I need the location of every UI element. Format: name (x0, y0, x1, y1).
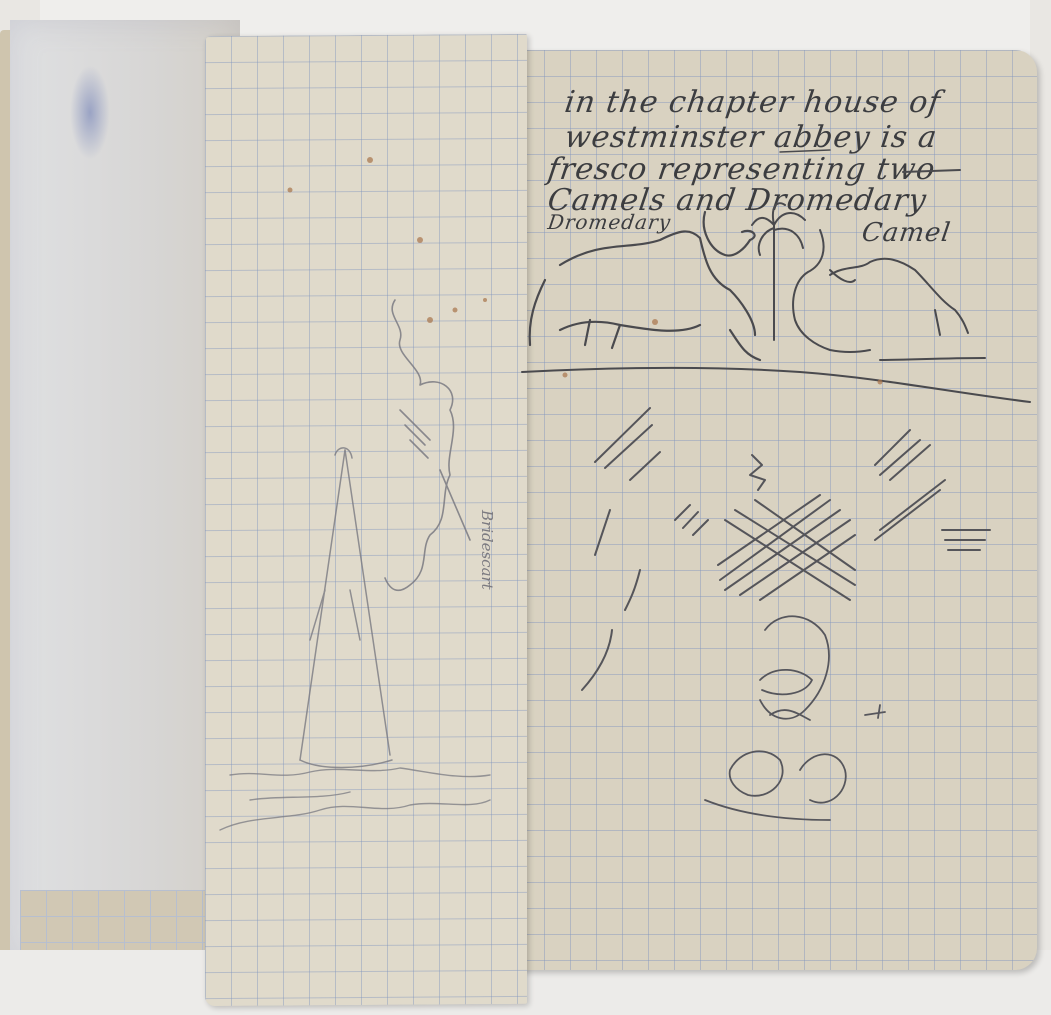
ground-line (522, 368, 1030, 402)
face-study-sketch (705, 616, 885, 820)
dromedary-sketch (530, 212, 760, 360)
sailboat-sketch (300, 448, 392, 768)
palm-tree-sketch (752, 203, 805, 340)
hatching-studies (582, 408, 990, 690)
waves-sketch (220, 768, 490, 830)
foxing-spots (288, 157, 883, 385)
pencil-sketches (0, 0, 1051, 1015)
camel-sketch (793, 230, 985, 360)
cloud-sketch (385, 300, 470, 590)
